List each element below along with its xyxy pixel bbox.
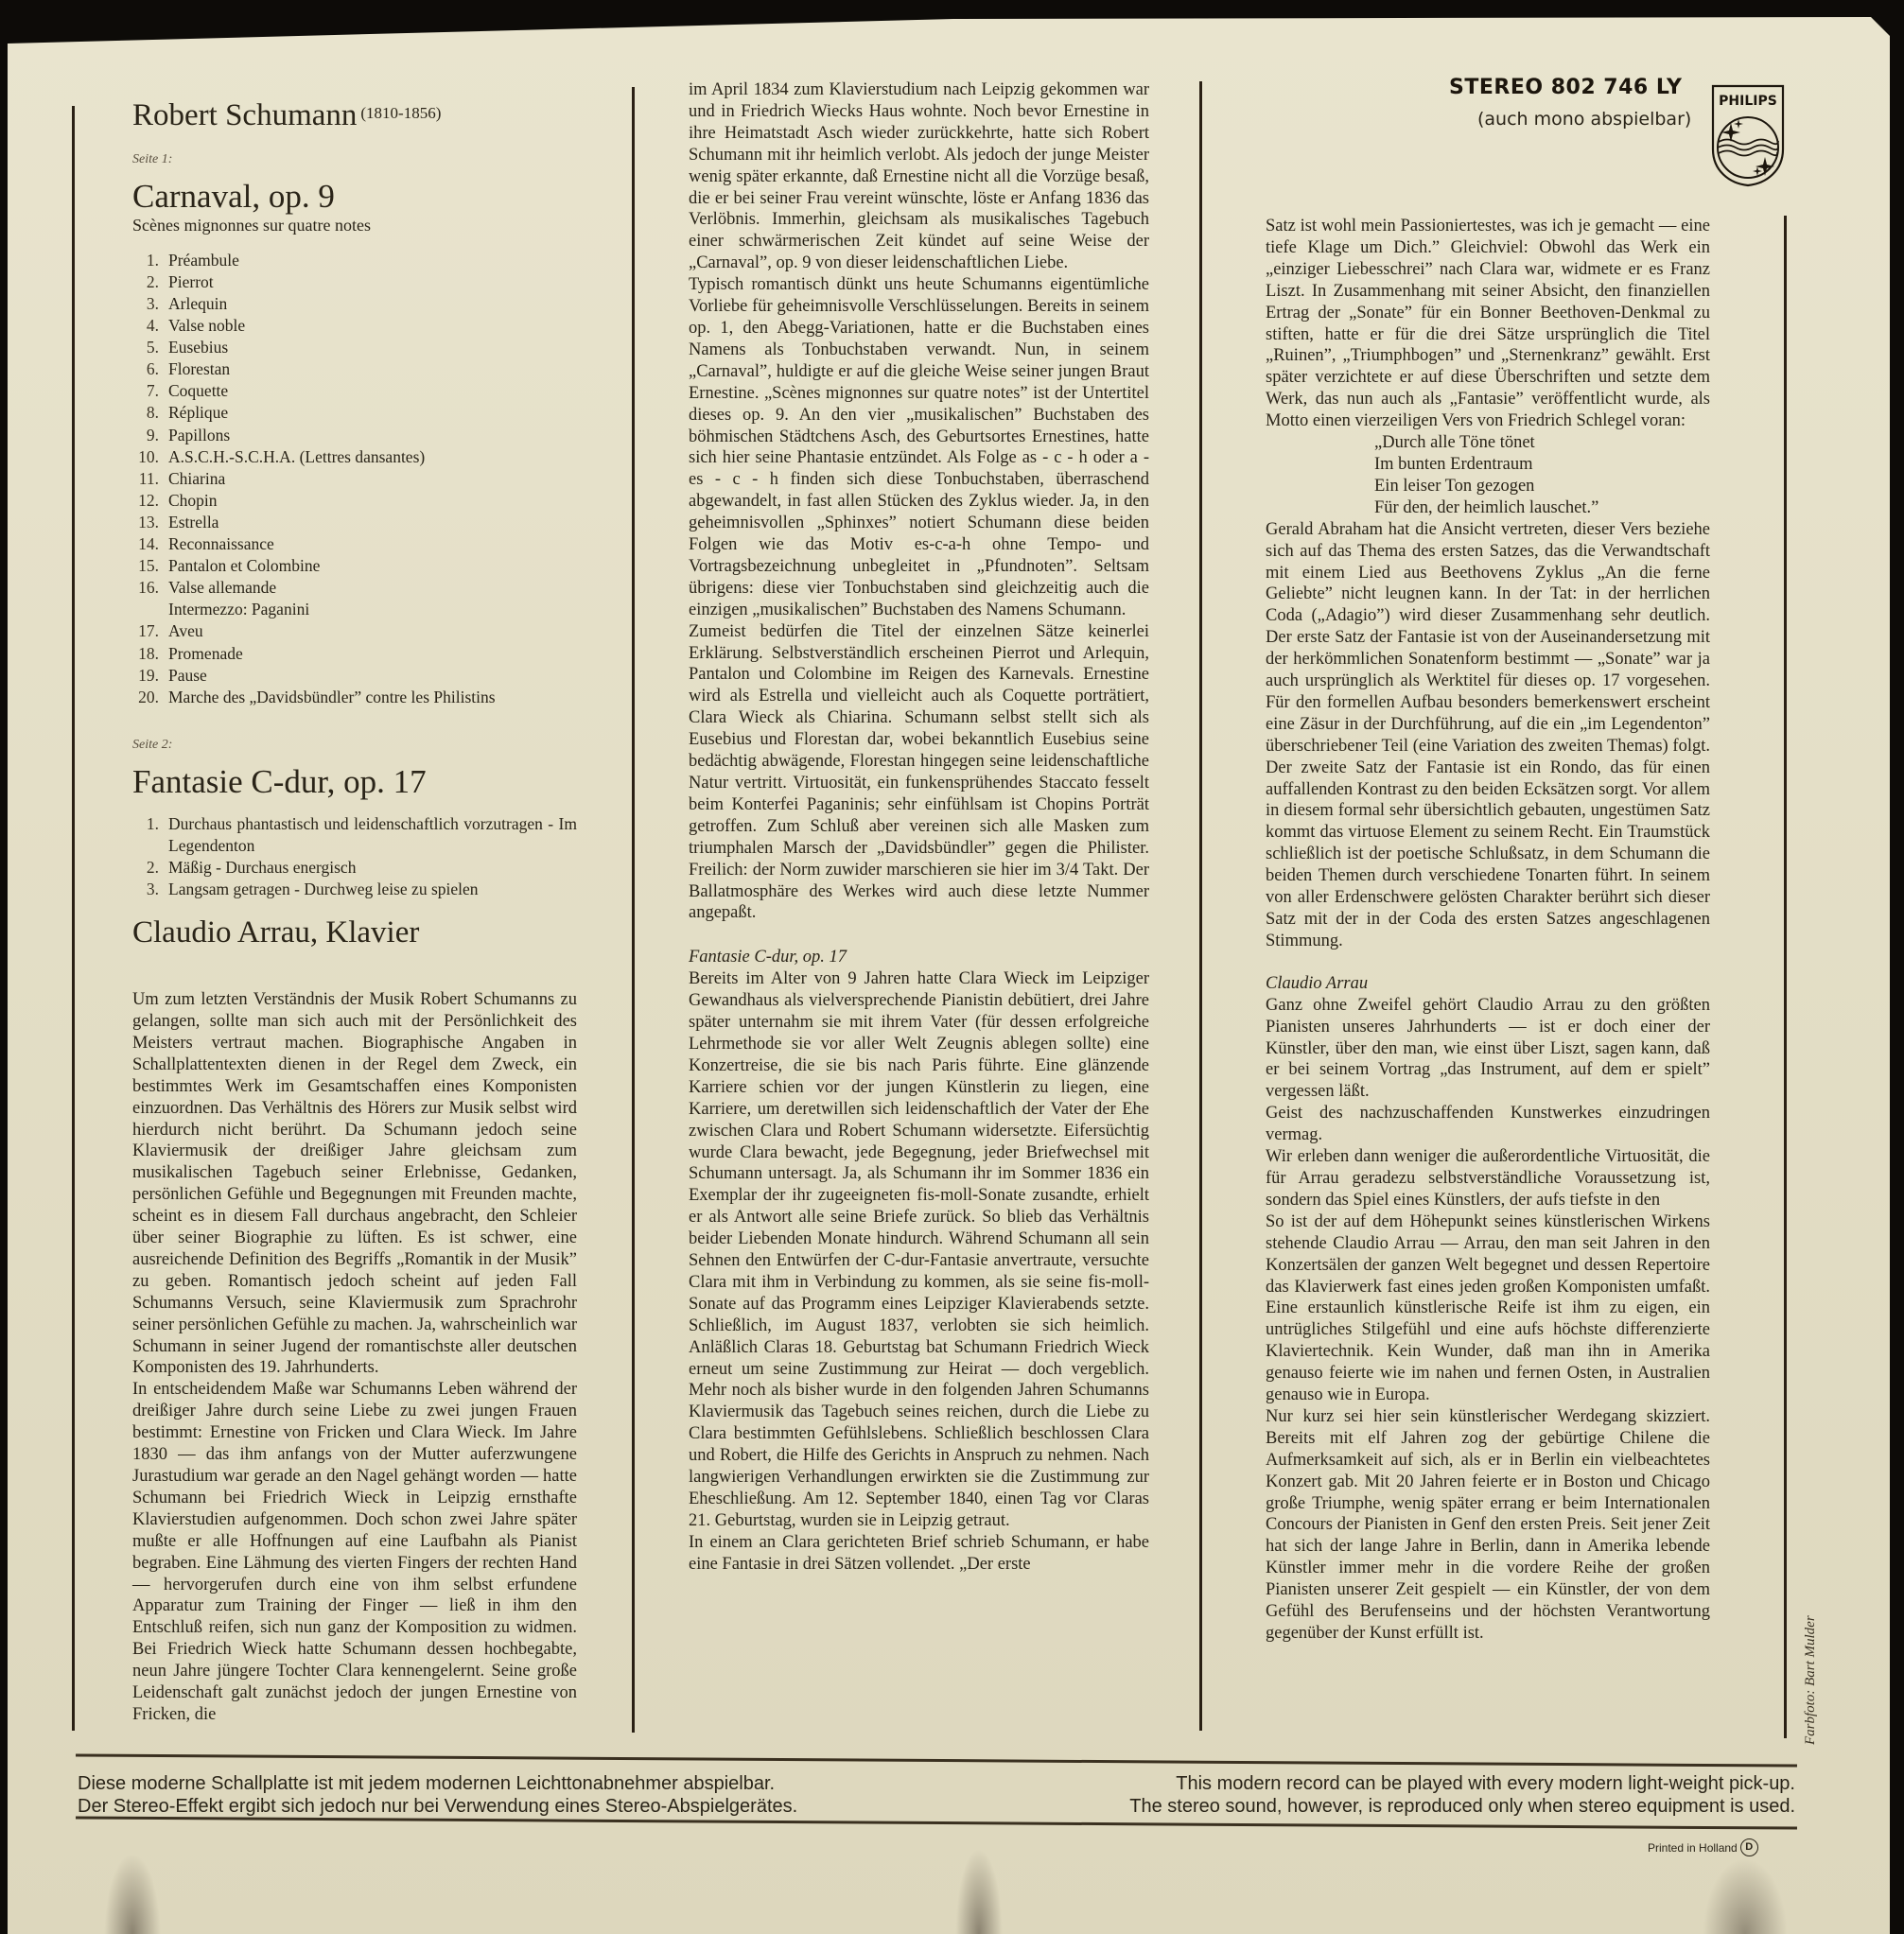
fantasie-analysis: Gerald Abraham hat die Ansicht vertreten… [1266,519,1710,952]
catalog-number: STEREO 802 746 LY [1449,76,1682,99]
notice-de-line-1: Diese moderne Schallplatte ist mit jedem… [78,1772,797,1795]
composer-heading: Robert Schumann(1810-1856) [132,95,577,134]
shadow [1703,1858,1788,1934]
track-title: Préambule [168,250,577,271]
track-number: 11. [138,468,159,490]
track-item: 16.Valse allemande [138,577,577,599]
track-title: Estrella [168,512,577,533]
track-title: Valse noble [168,315,577,337]
track-title: Florestan [168,358,577,380]
track-item: 4.Valse noble [138,315,577,337]
track-number [138,599,159,620]
track-title: Aveu [168,620,577,642]
track-number: 19. [138,665,159,687]
track-item: 14.Reconnaissance [138,533,577,555]
paragraph: So ist der auf dem Höhepunkt seines küns… [1266,1211,1710,1406]
track-number: 17. [138,620,159,642]
track-item: 3.Langsam getragen - Durchweg leise zu s… [138,879,577,900]
paragraph: Im bunten Erdentraum [1374,454,1710,476]
track-title: Réplique [168,402,577,424]
paragraph: Um zum letzten Verständnis der Musik Rob… [132,989,577,1379]
performer-heading: Claudio Arrau, Klavier [132,914,577,951]
track-item: 12.Chopin [138,490,577,512]
track-number: 15. [138,555,159,577]
track-item: Intermezzo: Paganini [138,599,577,620]
track-number: 12. [138,490,159,512]
track-number: 3. [138,293,159,315]
track-title: A.S.C.H.-S.C.H.A. (Lettres dansantes) [168,446,577,468]
track-number: 5. [138,337,159,358]
track-number: 10. [138,446,159,468]
liner-notes-fantasie: Bereits im Alter von 9 Jahren hatte Clar… [689,968,1149,1575]
paragraph: Ein leiser Ton gezogen [1374,476,1710,497]
paragraph: Zumeist bedürfen die Titel der einzelnen… [689,621,1149,925]
notice-de-line-2: Der Stereo-Effekt ergibt sich jedoch nur… [78,1795,797,1818]
playback-notice-german: Diese moderne Schallplatte ist mit jedem… [78,1772,797,1818]
column-rule-middle [632,87,635,1733]
track-title: Pause [168,665,577,687]
liner-notes-arrau: Ganz ohne Zweifel gehört Claudio Arrau z… [1266,995,1710,1645]
track-item: 6.Florestan [138,358,577,380]
track-title: Papillons [168,425,577,446]
mono-note: (auch mono abspielbar) [1477,109,1691,130]
track-item: 1.Durchaus phantastisch und leidenschaft… [138,813,577,857]
track-item: 2.Pierrot [138,271,577,293]
track-title: Arlequin [168,293,577,315]
track-item: 5.Eusebius [138,337,577,358]
paragraph: Typisch romantisch dünkt uns heute Schum… [689,274,1149,621]
track-item: 9.Papillons [138,425,577,446]
track-title: Coquette [168,380,577,402]
notice-en-line-2: The stereo sound, however, is reproduced… [1003,1795,1795,1818]
column-program: Robert Schumann(1810-1856) Seite 1: Carn… [132,95,577,1726]
track-title: Chopin [168,490,577,512]
paragraph: „Durch alle Töne tönet [1374,432,1710,454]
paragraph: im April 1834 zum Klavierstudium nach Le… [689,79,1149,274]
track-number: 14. [138,533,159,555]
track-item: 7.Coquette [138,380,577,402]
fantasie-subheading: Fantasie C-dur, op. 17 [689,947,1149,968]
arrau-subheading: Claudio Arrau [1266,973,1710,995]
paragraph: Für den, der heimlich lauschet.” [1374,497,1710,519]
track-title: Promenade [168,643,577,665]
track-item: 17.Aveu [138,620,577,642]
track-item: 18.Promenade [138,643,577,665]
track-item: 19.Pause [138,665,577,687]
schlegel-poem: „Durch alle Töne tönetIm bunten Erdentra… [1266,432,1710,519]
track-number: 9. [138,425,159,446]
track-item: 8.Réplique [138,402,577,424]
notice-en-line-1: This modern record can be played with ev… [1003,1772,1795,1795]
work-1-subtitle: Scènes mignonnes sur quatre notes [132,215,577,236]
column-notes-middle: im April 1834 zum Klavierstudium nach Le… [689,79,1149,1576]
philips-wordmark: PHILIPS [1719,94,1777,109]
track-title: Pierrot [168,271,577,293]
column-rule-far-right [1784,216,1787,1738]
liner-notes-carnaval: im April 1834 zum Klavierstudium nach Le… [689,79,1149,924]
philips-shield-logo: PHILIPS [1710,83,1786,187]
playback-notice-english: This modern record can be played with ev… [1003,1772,1795,1818]
paragraph: Ganz ohne Zweifel gehört Claudio Arrau z… [1266,995,1710,1104]
track-item: 1.Préambule [138,250,577,271]
track-title: Durchaus phantastisch und leidenschaftli… [168,813,577,857]
track-title: Reconnaissance [168,533,577,555]
track-title: Pantalon et Colombine [168,555,577,577]
track-number: 3. [138,879,159,900]
liner-notes-intro: Um zum letzten Verständnis der Musik Rob… [132,989,577,1726]
track-title: Langsam getragen - Durchweg leise zu spi… [168,879,577,900]
side-1-label: Seite 1: [132,149,577,171]
track-title: Eusebius [168,337,577,358]
track-item: 15.Pantalon et Colombine [138,555,577,577]
track-item: 3.Arlequin [138,293,577,315]
printed-in-text: Printed in Holland [1648,1841,1738,1855]
paragraph: Bereits im Alter von 9 Jahren hatte Clar… [689,968,1149,1532]
track-title: Mäßig - Durchaus energisch [168,857,577,879]
fantasie-continued: Satz ist wohl mein Passioniertestes, was… [1266,216,1710,432]
composer-name: Robert Schumann [132,98,357,132]
column-rule-left [72,106,75,1731]
track-title: Chiarina [168,468,577,490]
track-title: Marche des „Davidsbündler” contre les Ph… [168,687,577,708]
paragraph: Geist des nachzuschaffenden Kunstwerkes … [1266,1103,1710,1146]
photo-credit: Farbfoto: Bart Mulder [1803,1615,1819,1745]
work-1-track-list: 1.Préambule2.Pierrot3.Arlequin4.Valse no… [138,250,577,708]
track-item: 20.Marche des „Davidsbündler” contre les… [138,687,577,708]
work-1-title: Carnaval, op. 9 [132,179,577,215]
track-item: 2.Mäßig - Durchaus energisch [138,857,577,879]
track-number: 2. [138,857,159,879]
track-item: 11.Chiarina [138,468,577,490]
country-mark-icon: D [1740,1838,1758,1856]
paragraph: In entscheidendem Maße war Schumanns Leb… [132,1379,577,1726]
column-rule-right [1199,81,1202,1731]
track-item: 13.Estrella [138,512,577,533]
track-number: 8. [138,402,159,424]
track-number: 1. [138,813,159,857]
track-number: 2. [138,271,159,293]
paragraph: In einem an Clara gerichteten Brief schr… [689,1532,1149,1576]
track-number: 16. [138,577,159,599]
paragraph: Nur kurz sei hier sein künstlerischer We… [1266,1406,1710,1645]
composer-dates: (1810-1856) [360,104,441,122]
shadow [955,1849,1003,1934]
track-number: 13. [138,512,159,533]
side-2-label: Seite 2: [132,735,577,757]
printed-in: Printed in Holland D [1648,1838,1758,1856]
track-number: 6. [138,358,159,380]
work-2-title: Fantasie C-dur, op. 17 [132,764,577,800]
shadow [104,1854,161,1934]
track-title: Valse allemande [168,577,577,599]
paragraph: Wir erleben dann weniger die außerordent… [1266,1146,1710,1211]
work-2-track-list: 1.Durchaus phantastisch und leidenschaft… [138,813,577,900]
track-number: 18. [138,643,159,665]
track-number: 7. [138,380,159,402]
column-notes-right: Satz ist wohl mein Passioniertestes, was… [1266,216,1710,1645]
track-title: Intermezzo: Paganini [168,599,577,620]
track-number: 1. [138,250,159,271]
track-number: 20. [138,687,159,708]
track-item: 10.A.S.C.H.-S.C.H.A. (Lettres dansantes) [138,446,577,468]
track-number: 4. [138,315,159,337]
